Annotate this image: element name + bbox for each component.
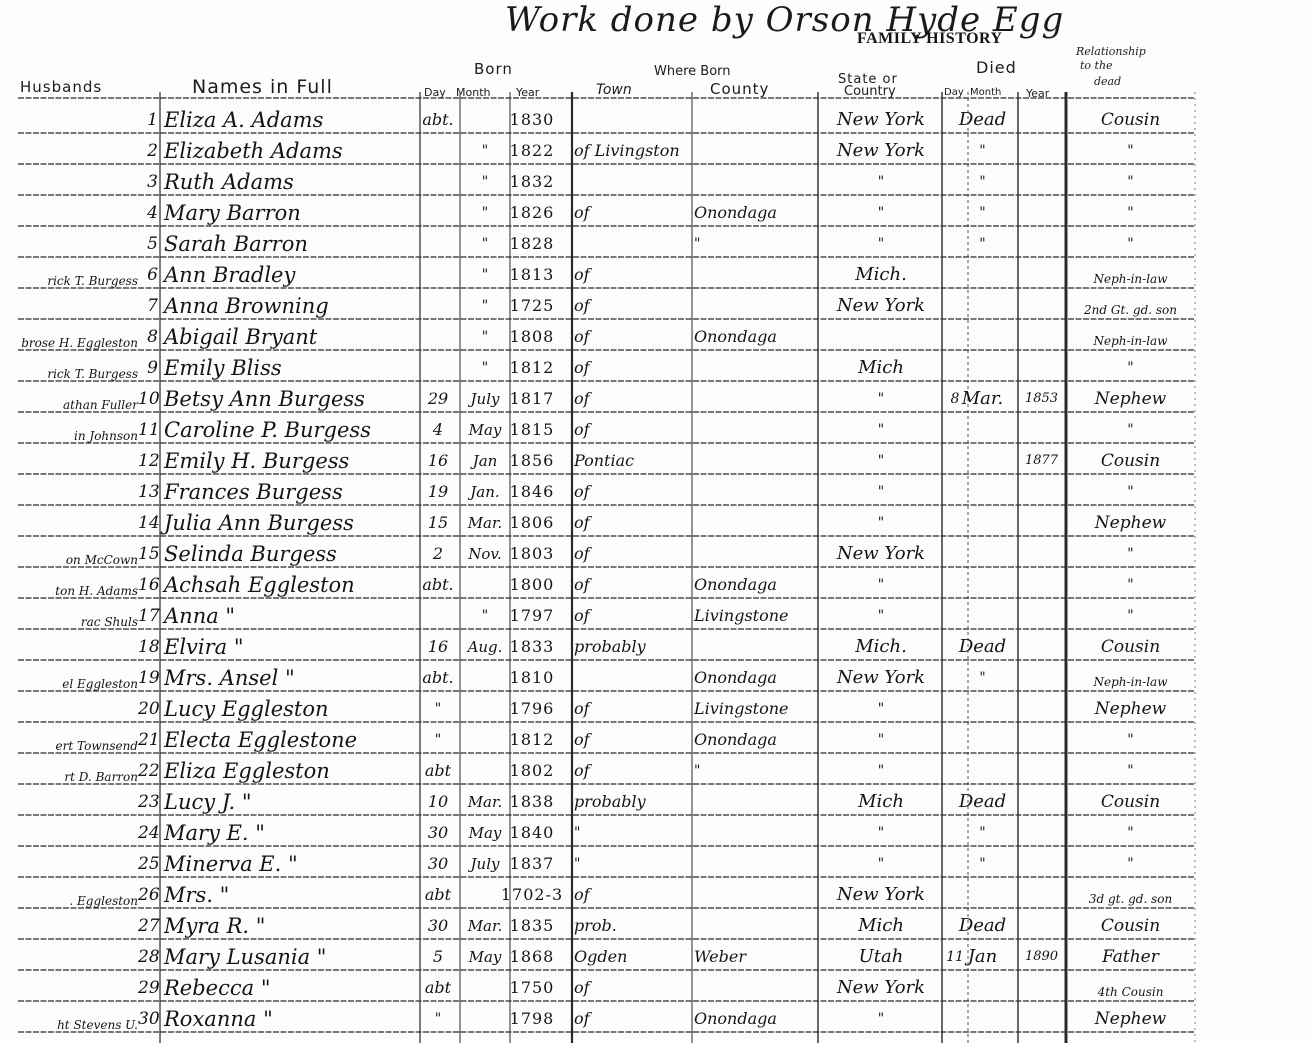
row-number: 9: [138, 356, 158, 380]
header-relationship-dead: dead: [1094, 76, 1121, 87]
row-number: 8: [138, 325, 158, 349]
born-day: 5: [416, 945, 460, 969]
table-row: el Eggleston19Mrs. Ansel "abt.1810Ononda…: [0, 662, 1200, 693]
birth-town: of: [574, 418, 692, 442]
table-row: 29Rebecca "abt1750ofNew York4th Cousin: [0, 972, 1200, 1003]
died-month: ": [945, 232, 1020, 256]
born-day: abt.: [416, 666, 460, 690]
birth-town: of: [574, 1007, 692, 1031]
birth-town: ": [574, 821, 692, 845]
birth-town: ": [574, 852, 692, 876]
born-day: 16: [416, 635, 460, 659]
relationship: ": [1068, 139, 1193, 163]
row-number: 7: [138, 294, 158, 318]
header-county: County: [710, 80, 769, 98]
row-number: 11: [138, 418, 158, 442]
table-row: 20Lucy Eggleston"1796ofLivingstone"Nephe…: [0, 693, 1200, 724]
birth-state: ": [820, 201, 942, 225]
birth-state: ": [820, 852, 942, 876]
relationship: Cousin: [1068, 449, 1193, 473]
born-year: 1800: [494, 573, 570, 597]
relationship: Neph-in-law: [1068, 670, 1193, 694]
birth-town: of: [574, 356, 692, 380]
birth-county: ": [694, 759, 818, 783]
row-number: 15: [138, 542, 158, 566]
birth-town: of: [574, 325, 692, 349]
header-born-day: Day: [424, 86, 446, 99]
table-row: ert Townsend21Electa Egglestone"1812ofOn…: [0, 724, 1200, 755]
full-name: Selinda Burgess: [164, 542, 420, 566]
born-day: ": [416, 697, 460, 721]
table-row: rick T. Burgess6Ann Bradley"1813ofMich.N…: [0, 259, 1200, 290]
born-year: 1750: [494, 976, 570, 1000]
table-row: 7Anna Browning"1725ofNew York2nd Gt. gd.…: [0, 290, 1200, 321]
row-number: 5: [138, 232, 158, 256]
row-number: 22: [138, 759, 158, 783]
died-month: ": [945, 201, 1020, 225]
born-year: 1826: [494, 201, 570, 225]
born-day: 10: [416, 790, 460, 814]
row-number: 12: [138, 449, 158, 473]
full-name: Mrs. ": [164, 883, 420, 907]
born-day: 30: [416, 852, 460, 876]
table-row: 27Myra R. "30Mar.1835prob.MichDeadCousin: [0, 910, 1200, 941]
birth-town: prob.: [574, 914, 692, 938]
born-year: 1798: [494, 1007, 570, 1031]
full-name: Elvira ": [164, 635, 420, 659]
table-row: 25Minerva E. "30July1837"""": [0, 848, 1200, 879]
born-year: 1702-3: [494, 883, 570, 907]
born-day: 2: [416, 542, 460, 566]
full-name: Electa Egglestone: [164, 728, 420, 752]
table-row: in Johnson11Caroline P. Burgess4May1815o…: [0, 414, 1200, 445]
header-died-year: Year: [1026, 87, 1049, 100]
table-row: 18Elvira "16Aug.1833probablyMich.DeadCou…: [0, 631, 1200, 662]
born-day: 19: [416, 480, 460, 504]
born-year: 1812: [494, 356, 570, 380]
relationship: ": [1068, 573, 1193, 597]
relationship: Neph-in-law: [1068, 267, 1193, 291]
birth-state: New York: [820, 294, 942, 318]
born-day: abt.: [416, 108, 460, 132]
full-name: Achsah Eggleston: [164, 573, 420, 597]
born-year: 1802: [494, 759, 570, 783]
row-number: 2: [138, 139, 158, 163]
birth-town: of: [574, 604, 692, 628]
birth-state: ": [820, 387, 942, 411]
birth-state: ": [820, 573, 942, 597]
relationship: Cousin: [1068, 635, 1193, 659]
row-number: 23: [138, 790, 158, 814]
header-where-born: Where Born: [654, 64, 731, 79]
born-year: 1838: [494, 790, 570, 814]
birth-state: New York: [820, 976, 942, 1000]
full-name: Lucy Eggleston: [164, 697, 420, 721]
born-year: 1868: [494, 945, 570, 969]
died-month: Dead: [945, 914, 1020, 938]
full-name: Abigail Bryant: [164, 325, 420, 349]
birth-county: Onondaga: [694, 666, 818, 690]
born-day: abt.: [416, 573, 460, 597]
row-number: 13: [138, 480, 158, 504]
relationship: 2nd Gt. gd. son: [1068, 298, 1193, 322]
relationship: Nephew: [1068, 1007, 1193, 1031]
birth-state: ": [820, 697, 942, 721]
birth-state: ": [820, 511, 942, 535]
birth-county: Onondaga: [694, 1007, 818, 1031]
died-year: 1853: [1018, 387, 1065, 411]
full-name: Anna Browning: [164, 294, 420, 318]
relationship: ": [1068, 759, 1193, 783]
relationship: Cousin: [1068, 790, 1193, 814]
relationship: ": [1068, 604, 1193, 628]
birth-town: of: [574, 263, 692, 287]
full-name: Ann Bradley: [164, 263, 420, 287]
row-number: 20: [138, 697, 158, 721]
relationship: Neph-in-law: [1068, 329, 1193, 353]
born-day: abt: [416, 883, 460, 907]
born-year: 1815: [494, 418, 570, 442]
table-row: 28Mary Lusania "5May1868OgdenWeberUtah11…: [0, 941, 1200, 972]
row-number: 30: [138, 1007, 158, 1031]
row-number: 3: [138, 170, 158, 194]
birth-state: ": [820, 1007, 942, 1031]
born-year: 1796: [494, 697, 570, 721]
header-died-month: Month: [970, 87, 1001, 98]
row-number: 29: [138, 976, 158, 1000]
birth-town: of: [574, 294, 692, 318]
birth-town: of: [574, 480, 692, 504]
born-year: 1837: [494, 852, 570, 876]
birth-state: New York: [820, 883, 942, 907]
header-names-in-full: Names in Full: [192, 76, 333, 98]
table-row: 14Julia Ann Burgess15Mar.1806of"Nephew: [0, 507, 1200, 538]
birth-state: ": [820, 604, 942, 628]
birth-town: of: [574, 511, 692, 535]
full-name: Mrs. Ansel ": [164, 666, 420, 690]
relationship: ": [1068, 728, 1193, 752]
died-month: ": [945, 170, 1020, 194]
birth-state: New York: [820, 666, 942, 690]
relationship: ": [1068, 418, 1193, 442]
row-number: 19: [138, 666, 158, 690]
born-year: 1725: [494, 294, 570, 318]
birth-county: Weber: [694, 945, 818, 969]
relationship: 4th Cousin: [1068, 980, 1193, 1004]
relationship: Nephew: [1068, 387, 1193, 411]
full-name: Emily Bliss: [164, 356, 420, 380]
birth-state: Mich.: [820, 263, 942, 287]
printed-title: FAMILY HISTORY: [857, 30, 1003, 48]
died-month: ": [945, 666, 1020, 690]
born-day: 30: [416, 914, 460, 938]
full-name: Eliza A. Adams: [164, 108, 420, 132]
born-year: 1856: [494, 449, 570, 473]
died-month: Dead: [945, 635, 1020, 659]
born-year: 1812: [494, 728, 570, 752]
birth-town: probably: [574, 635, 692, 659]
table-row: . Eggleston26Mrs. "abt1702-3ofNew York3d…: [0, 879, 1200, 910]
died-month: ": [945, 852, 1020, 876]
birth-town: Pontiac: [574, 449, 692, 473]
header-town: Town: [596, 82, 632, 98]
full-name: Mary Barron: [164, 201, 420, 225]
relationship: ": [1068, 170, 1193, 194]
table-row: 13Frances Burgess19Jan.1846of"": [0, 476, 1200, 507]
born-year: 1808: [494, 325, 570, 349]
born-year: 1803: [494, 542, 570, 566]
born-year: 1840: [494, 821, 570, 845]
birth-county: Onondaga: [694, 728, 818, 752]
birth-state: New York: [820, 542, 942, 566]
full-name: Emily H. Burgess: [164, 449, 420, 473]
full-name: Minerva E. ": [164, 852, 420, 876]
birth-town: of: [574, 542, 692, 566]
header-died: Died: [976, 58, 1017, 77]
birth-state: ": [820, 821, 942, 845]
full-name: Lucy J. ": [164, 790, 420, 814]
birth-state: ": [820, 170, 942, 194]
birth-county: Onondaga: [694, 325, 818, 349]
born-year: 1832: [494, 170, 570, 194]
relationship: ": [1068, 201, 1193, 225]
died-month: Jan: [945, 945, 1020, 969]
birth-state: New York: [820, 108, 942, 132]
birth-town: of: [574, 759, 692, 783]
birth-county: Livingstone: [694, 697, 818, 721]
table-row: 23Lucy J. "10Mar.1838probablyMichDeadCou…: [0, 786, 1200, 817]
birth-town: probably: [574, 790, 692, 814]
header-born-year: Year: [516, 86, 539, 99]
born-day: abt: [416, 759, 460, 783]
born-day: ": [416, 1007, 460, 1031]
table-row: athan Fuller10Betsy Ann Burgess29July181…: [0, 383, 1200, 414]
row-number: 1: [138, 108, 158, 132]
died-month: ": [945, 821, 1020, 845]
table-row: 12Emily H. Burgess16Jan1856Pontiac"1877C…: [0, 445, 1200, 476]
died-year: 1877: [1018, 449, 1065, 473]
full-name: Frances Burgess: [164, 480, 420, 504]
born-year: 1833: [494, 635, 570, 659]
row-number: 18: [138, 635, 158, 659]
birth-state: Mich.: [820, 635, 942, 659]
birth-town: Ogden: [574, 945, 692, 969]
full-name: Eliza Eggleston: [164, 759, 420, 783]
full-name: Roxanna ": [164, 1007, 420, 1031]
full-name: Ruth Adams: [164, 170, 420, 194]
row-number: 16: [138, 573, 158, 597]
full-name: Anna ": [164, 604, 420, 628]
born-year: 1797: [494, 604, 570, 628]
birth-state: Mich: [820, 790, 942, 814]
table-row: ton H. Adams16Achsah Egglestonabt.1800of…: [0, 569, 1200, 600]
row-number: 26: [138, 883, 158, 907]
full-name: Mary E. ": [164, 821, 420, 845]
full-name: Caroline P. Burgess: [164, 418, 420, 442]
table-row: on McCown15Selinda Burgess2Nov.1803ofNew…: [0, 538, 1200, 569]
birth-state: ": [820, 759, 942, 783]
died-month: Dead: [945, 108, 1020, 132]
header-born-month: Month: [456, 86, 490, 99]
relationship: ": [1068, 852, 1193, 876]
relationship: Nephew: [1068, 697, 1193, 721]
full-name: Elizabeth Adams: [164, 139, 420, 163]
birth-county: ": [694, 232, 818, 256]
birth-state: ": [820, 418, 942, 442]
table-row: brose H. Eggleston8Abigail Bryant"1808of…: [0, 321, 1200, 352]
row-number: 28: [138, 945, 158, 969]
relationship: Father: [1068, 945, 1193, 969]
row-number: 4: [138, 201, 158, 225]
born-day: ": [416, 728, 460, 752]
born-year: 1810: [494, 666, 570, 690]
born-day: abt: [416, 976, 460, 1000]
header-country: Country: [844, 84, 896, 99]
birth-town: of: [574, 201, 692, 225]
died-year: 1890: [1018, 945, 1065, 969]
birth-county: Livingstone: [694, 604, 818, 628]
row-number: 17: [138, 604, 158, 628]
born-year: 1846: [494, 480, 570, 504]
birth-town: of: [574, 573, 692, 597]
birth-state: Mich: [820, 356, 942, 380]
relationship: Nephew: [1068, 511, 1193, 535]
header-died-day: Day: [944, 87, 964, 98]
birth-town: of: [574, 728, 692, 752]
birth-town: of: [574, 387, 692, 411]
born-year: 1817: [494, 387, 570, 411]
table-row: rick T. Burgess9Emily Bliss"1812ofMich": [0, 352, 1200, 383]
born-day: 15: [416, 511, 460, 535]
full-name: Sarah Barron: [164, 232, 420, 256]
table-row: 24Mary E. "30May1840"""": [0, 817, 1200, 848]
born-year: 1830: [494, 108, 570, 132]
birth-town: of Livingston: [574, 139, 692, 163]
table-row: 5Sarah Barron"1828"""": [0, 228, 1200, 259]
table-row: 2Elizabeth Adams"1822of LivingstonNew Yo…: [0, 135, 1200, 166]
born-year: 1828: [494, 232, 570, 256]
table-row: 4Mary Barron"1826ofOnondaga""": [0, 197, 1200, 228]
born-day: 29: [416, 387, 460, 411]
birth-town: of: [574, 976, 692, 1000]
birth-state: ": [820, 232, 942, 256]
birth-state: ": [820, 728, 942, 752]
row-number: 24: [138, 821, 158, 845]
full-name: Betsy Ann Burgess: [164, 387, 420, 411]
relationship: ": [1068, 542, 1193, 566]
header-relationship-to-the: to the: [1080, 60, 1113, 71]
birth-county: Onondaga: [694, 201, 818, 225]
birth-state: Utah: [820, 945, 942, 969]
table-row: rt D. Barron22Eliza Egglestonabt1802of""…: [0, 755, 1200, 786]
full-name: Myra R. ": [164, 914, 420, 938]
row-number: 14: [138, 511, 158, 535]
relationship: Cousin: [1068, 914, 1193, 938]
header-born: Born: [474, 60, 513, 78]
relationship: ": [1068, 821, 1193, 845]
birth-state: New York: [820, 139, 942, 163]
full-name: Mary Lusania ": [164, 945, 420, 969]
relationship: ": [1068, 356, 1193, 380]
died-month: Mar.: [945, 387, 1020, 411]
row-number: 27: [138, 914, 158, 938]
relationship: Cousin: [1068, 108, 1193, 132]
full-name: Julia Ann Burgess: [164, 511, 420, 535]
birth-town: of: [574, 883, 692, 907]
header-relationship: Relationship: [1076, 46, 1146, 57]
birth-state: ": [820, 449, 942, 473]
birth-town: of: [574, 697, 692, 721]
table-row: rac Shuls17Anna ""1797ofLivingstone"": [0, 600, 1200, 631]
relationship: 3d gt. gd. son: [1068, 887, 1193, 911]
born-year: 1822: [494, 139, 570, 163]
row-number: 10: [138, 387, 158, 411]
born-day: 16: [416, 449, 460, 473]
full-name: Rebecca ": [164, 976, 420, 1000]
birth-state: ": [820, 480, 942, 504]
table-row: ht Stevens U.30Roxanna ""1798ofOnondaga"…: [0, 1003, 1200, 1034]
relationship: ": [1068, 232, 1193, 256]
relationship: ": [1068, 480, 1193, 504]
table-row: 1Eliza A. Adamsabt.1830New YorkDeadCousi…: [0, 104, 1200, 135]
table-row: 3Ruth Adams"1832""": [0, 166, 1200, 197]
row-number: 25: [138, 852, 158, 876]
born-day: 30: [416, 821, 460, 845]
birth-state: Mich: [820, 914, 942, 938]
born-year: 1835: [494, 914, 570, 938]
birth-county: Onondaga: [694, 573, 818, 597]
row-number: 6: [138, 263, 158, 287]
born-year: 1813: [494, 263, 570, 287]
header-husbands: Husbands: [20, 78, 102, 96]
husband-name: ht Stevens U.: [0, 1013, 138, 1037]
died-month: Dead: [945, 790, 1020, 814]
died-month: ": [945, 139, 1020, 163]
row-number: 21: [138, 728, 158, 752]
born-year: 1806: [494, 511, 570, 535]
born-day: 4: [416, 418, 460, 442]
